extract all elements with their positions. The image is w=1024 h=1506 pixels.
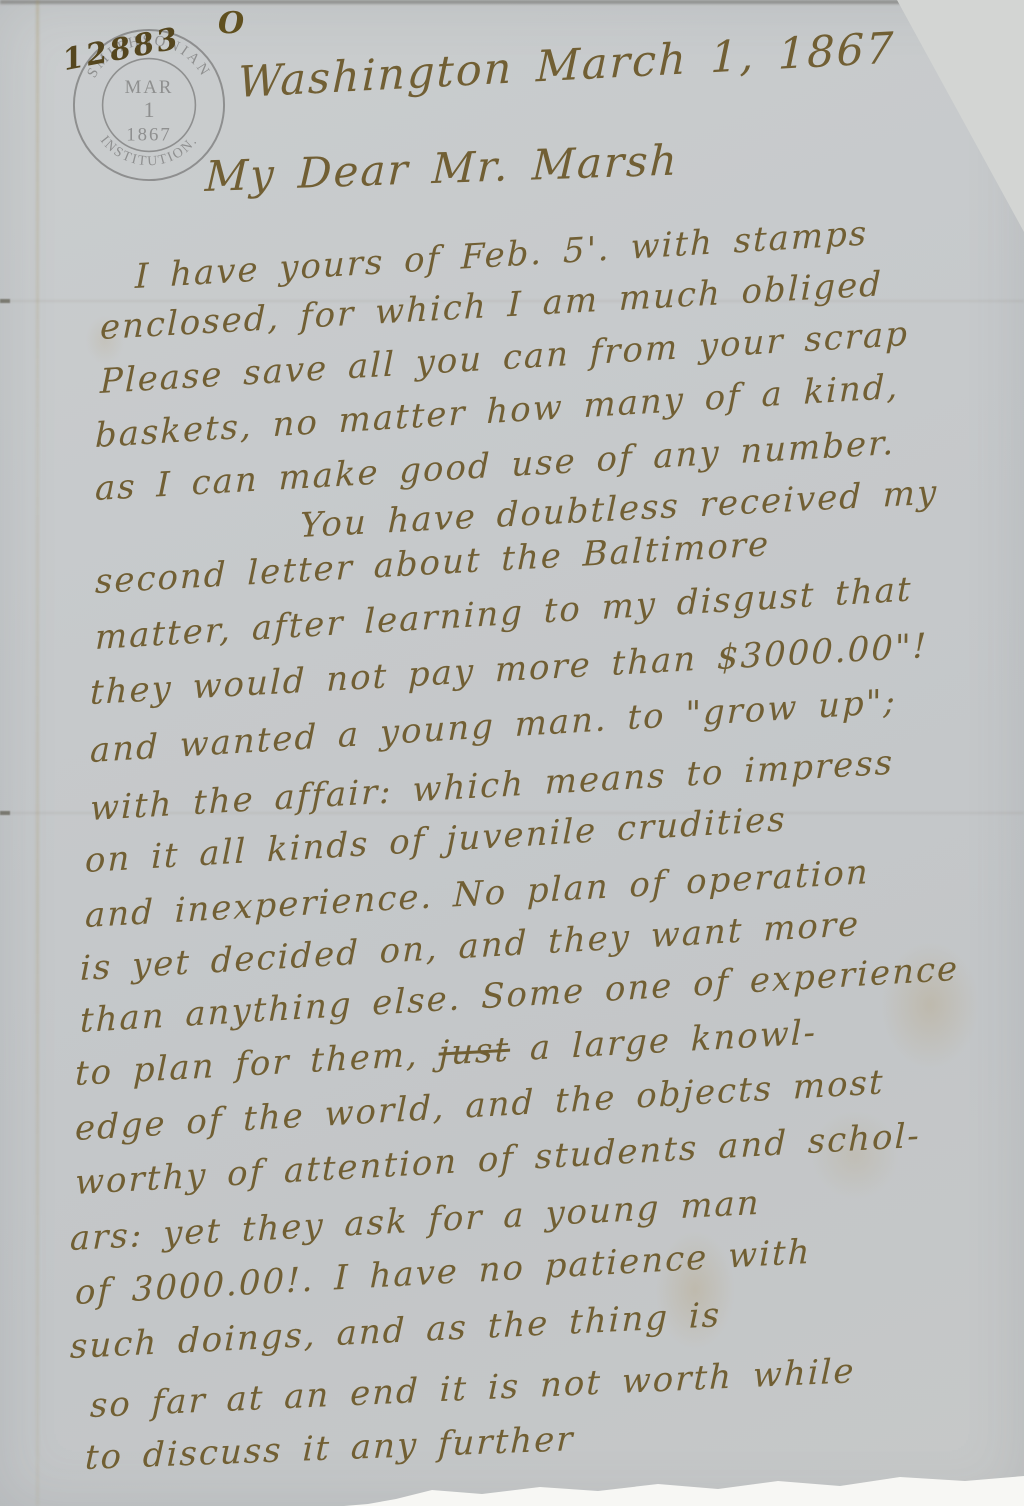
letter-line: so far at an end it is not worth while [90,1351,857,1426]
edge-nick [0,811,10,815]
strike-post-text: a large knowl- [510,1012,818,1069]
stamp-year: 1867 [126,125,171,146]
letter-dateline: Washington March 1, 1867 [238,23,896,108]
scan-top-edge [0,0,1024,4]
letter-salutation: My Dear Mr. Marsh [204,135,679,201]
edge-nick [0,299,10,303]
stamp-day: 1 [144,98,155,122]
strike-pre-text: to plan for them, [75,1034,439,1094]
letter-line: to discuss it any further [84,1419,575,1478]
fold-crease-vertical [36,0,39,1506]
annotation-letter-o: O [218,6,244,41]
letter-paper: SMITHSONIAN INSTITUTION. MAR 1 1867 1288… [0,0,1024,1506]
struck-word: just [438,1030,510,1074]
stamp-month: MAR [125,77,174,98]
